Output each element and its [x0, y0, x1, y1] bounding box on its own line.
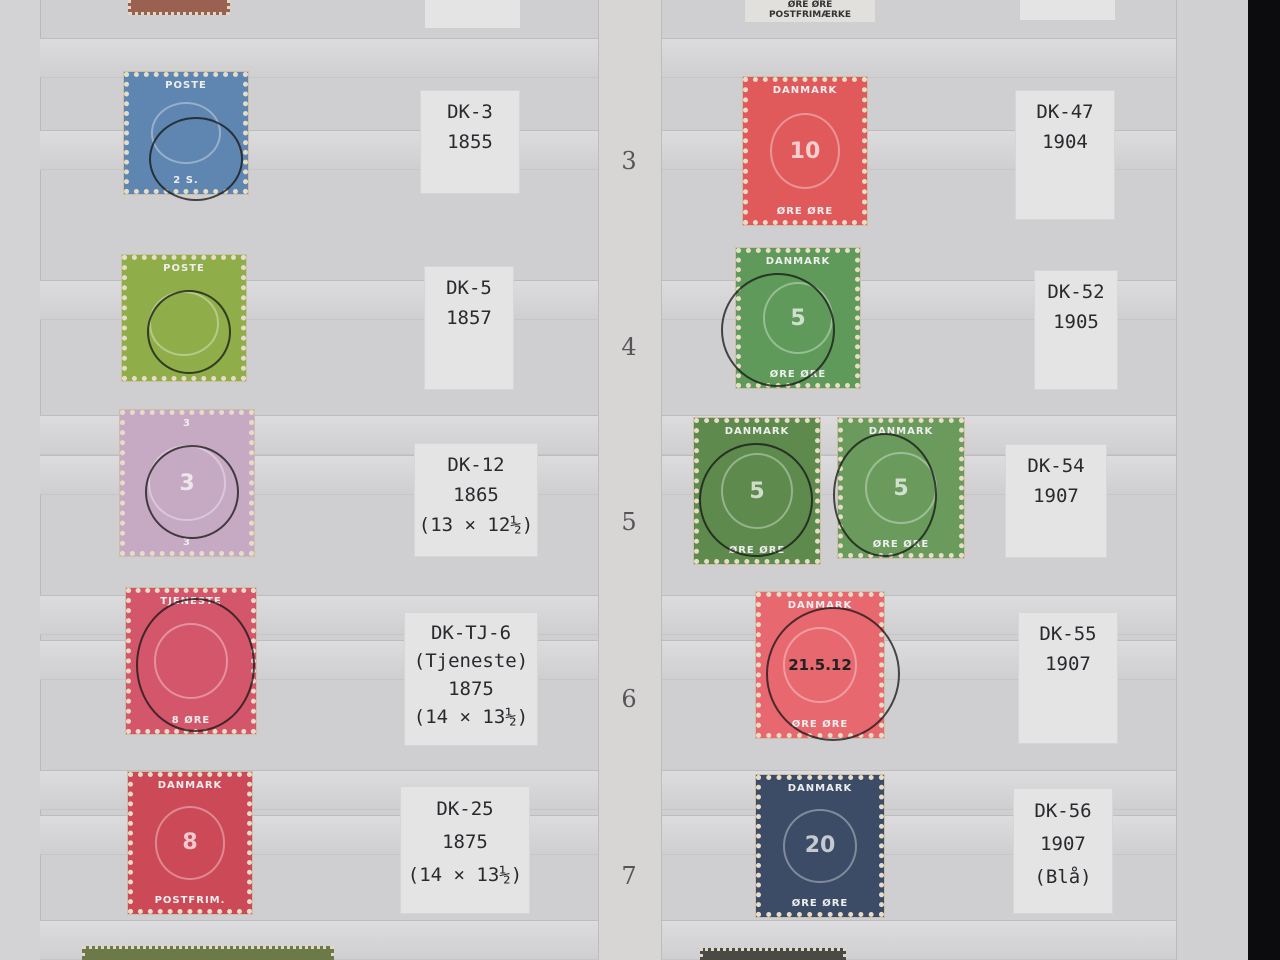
stamp-text: ØRE ØRE [745, 0, 875, 10]
label-dk-3: DK-3 1855 [420, 90, 520, 194]
stamp-dk-52[interactable]: DANMARK5ØRE ØRE [736, 248, 860, 388]
stamp-text: ØRE ØRE [777, 206, 834, 217]
color-note: (Blå) [1014, 861, 1112, 894]
catalog-number: DK-3 [421, 97, 519, 127]
stamp-text: 3 [183, 537, 191, 548]
portrait-oval: 5 [763, 282, 834, 354]
stamp-text: POSTFRIMÆRKE [745, 10, 875, 20]
stamp-dk-3[interactable]: POSTE2 S. [124, 72, 248, 194]
stamp-text: ØRE ØRE [770, 369, 827, 380]
catalog-number: DK-55 [1019, 619, 1117, 649]
stamp-text: POSTFRIM. [155, 895, 226, 906]
partial-label [1020, 0, 1115, 20]
stamp-text: 8 ØRE [172, 715, 210, 726]
catalog-number: DK-25 [401, 793, 529, 826]
stamp-text: 3 [183, 418, 191, 429]
row-number: 7 [598, 862, 660, 890]
stamp-dk-47[interactable]: DANMARK10ØRE ØRE [743, 77, 867, 225]
crown-emblem [151, 102, 222, 164]
row-number: 3 [598, 147, 660, 175]
stamp-text: ØRE ØRE [729, 545, 786, 556]
label-dk-25: DK-25 1875 (14 × 13½) [400, 786, 530, 914]
catalog-number: DK-52 [1035, 277, 1117, 307]
partial-stamp [700, 948, 846, 960]
crown-emblem [149, 291, 220, 356]
postmark-date: 21.5.12 [783, 627, 856, 703]
label-dk-12: DK-12 1865 (13 × 12½) [414, 443, 538, 557]
stamp-dk-12[interactable]: 333 [120, 410, 254, 556]
portrait-oval: 20 [783, 809, 856, 882]
stamp-dk-54-a[interactable]: DANMARK5ØRE ØRE [694, 418, 820, 564]
year: 1907 [1006, 481, 1106, 511]
year: 1904 [1016, 127, 1114, 157]
year: 1905 [1035, 307, 1117, 337]
label-dk-56: DK-56 1907 (Blå) [1013, 788, 1113, 914]
stamp-dk-54-b[interactable]: DANMARK5ØRE ØRE [838, 418, 964, 558]
stamp-text: ØRE ØRE [792, 898, 849, 909]
pocket-strip [660, 38, 1176, 78]
perforation: (13 × 12½) [415, 510, 537, 540]
catalog-number: DK-56 [1014, 795, 1112, 828]
stamp-text: TJENESTE [160, 596, 221, 607]
label-dk-54: DK-54 1907 [1005, 444, 1107, 558]
year: 1865 [415, 480, 537, 510]
stock-book-page: 3 4 5 6 7 ØRE ØRE POSTFRIMÆRKE POSTE2 S.… [0, 0, 1250, 960]
partial-stamp: ØRE ØRE POSTFRIMÆRKE [745, 0, 875, 22]
year: 1875 [401, 826, 529, 859]
portrait-oval: 5 [721, 453, 793, 529]
row-number: 4 [598, 333, 660, 361]
stamp-dk-25[interactable]: DANMARK8POSTFRIM. [128, 772, 252, 914]
label-dk-5: DK-5 1857 [424, 266, 514, 390]
partial-stamp [82, 946, 334, 960]
stamp-text: DANMARK [773, 85, 838, 96]
type-note: (Tjeneste) [405, 647, 537, 675]
portrait-oval: 5 [865, 452, 937, 524]
year: 1855 [421, 127, 519, 157]
stamp-text: ØRE ØRE [873, 539, 930, 550]
perforation: (14 × 13½) [401, 859, 529, 892]
stamp-dk-5[interactable]: POSTE [122, 255, 246, 381]
partial-label [425, 0, 520, 28]
partial-stamp [128, 0, 230, 15]
catalog-number: DK-54 [1006, 451, 1106, 481]
stamp-dk-55[interactable]: DANMARK21.5.12ØRE ØRE [756, 592, 884, 738]
stamp-text: DANMARK [766, 256, 831, 267]
year: 1875 [405, 675, 537, 703]
stamp-text: DANMARK [725, 426, 790, 437]
stamp-text: DANMARK [158, 780, 223, 791]
page-left-edge [0, 0, 41, 960]
catalog-number: DK-47 [1016, 97, 1114, 127]
value-oval: 8 [155, 806, 226, 879]
value-emblem: 3 [148, 445, 225, 521]
portrait-oval: 10 [770, 113, 841, 190]
stamp-text: 2 S. [173, 175, 198, 186]
stamp-text: DANMARK [788, 783, 853, 794]
row-number: 6 [598, 685, 660, 713]
year: 1907 [1014, 828, 1112, 861]
page-right-margin [1176, 0, 1249, 960]
year: 1857 [425, 303, 513, 333]
row-number: 5 [598, 508, 660, 536]
crown-emblem [154, 623, 229, 699]
catalog-number: DK-TJ-6 [405, 619, 537, 647]
stamp-text: POSTE [163, 263, 205, 274]
stamp-text: POSTE [165, 80, 207, 91]
stamp-dk-56[interactable]: DANMARK20ØRE ØRE [756, 775, 884, 917]
year: 1907 [1019, 649, 1117, 679]
label-dk-52: DK-52 1905 [1034, 270, 1118, 390]
stamp-text: DANMARK [788, 600, 853, 611]
stamp-text: ØRE ØRE [792, 719, 849, 730]
background-dark [1248, 0, 1280, 960]
stamp-dk-tj-6[interactable]: TJENESTE8 ØRE [126, 588, 256, 734]
label-dk-55: DK-55 1907 [1018, 612, 1118, 744]
label-dk-47: DK-47 1904 [1015, 90, 1115, 220]
perforation: (14 × 13½) [405, 703, 537, 731]
catalog-number: DK-5 [425, 273, 513, 303]
catalog-number: DK-12 [415, 450, 537, 480]
label-dk-tj-6: DK-TJ-6 (Tjeneste) 1875 (14 × 13½) [404, 612, 538, 746]
center-numbering-strip [598, 0, 662, 960]
stamp-text: DANMARK [869, 426, 934, 437]
